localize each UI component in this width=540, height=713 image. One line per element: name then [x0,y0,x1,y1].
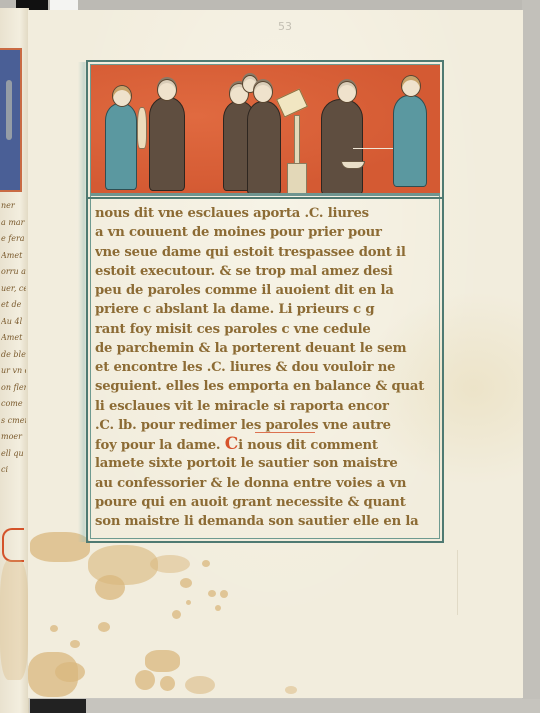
text-block: nous dit vne esclaues aporta .C. liures … [95,204,440,531]
stain [285,686,297,694]
stain [150,555,190,573]
stain [160,676,175,691]
adjacent-text-fragment: de bles [1,347,26,364]
text-line: de parchemin & la porterent deuant le se… [95,339,440,358]
adjacent-text-fragment: e fera [1,231,26,248]
text-line: lamete sixte portoit le sautier son mais… [95,454,440,473]
text-line-rubric: foy pour la dame. Ci nous dit comment [95,435,440,454]
stain [208,590,216,597]
adjacent-text-fragment: come [1,396,26,413]
adjacent-text-fragment: ur vn d [1,363,26,380]
scan-background-right [522,0,540,713]
text-line: peu de paroles comme il auoient dit en l… [95,281,440,300]
miniature-ground-line [91,193,440,196]
text-line: seguient. elles les emporta en balance &… [95,377,440,396]
scan-background-bottom-dark [30,699,86,713]
adjacent-text-fragment: a mar [1,215,26,232]
stain [220,590,228,598]
text-line: li esclaues vit le miracle si raporta en… [95,397,440,416]
stain [98,622,110,632]
adjacent-text-fragment: orru a [1,264,26,281]
bread-loaf [137,107,147,149]
lectern-base [287,163,307,193]
adjacent-text-fragment: ell qu [1,446,26,463]
adjacent-text-fragment: Au 4l [1,314,26,331]
adjacent-text-fragment: Amet [1,248,26,265]
text-line: estoit executour. & se trop mal amez des… [95,262,440,281]
stain [70,640,80,648]
text-line: poure qui en auoit grant necessite & qua… [95,493,440,512]
adjacent-rubric-initial [2,528,24,562]
stain [135,670,155,690]
text-line-rubric-rest: i nous dit comment [238,438,378,453]
adjacent-text-fragment: ner [1,198,26,215]
adjacent-text-fragment: s cmer [1,413,26,430]
rubric-initial: C [225,435,238,454]
text-line: et encontre les .C. liures & dou vouloir… [95,358,440,377]
ruling-line [457,550,458,615]
adjacent-text-column: ner a mar e fera Amet orru a uer, cel et… [1,198,26,479]
stain [95,575,125,600]
adjacent-miniature-figure [6,80,12,140]
adjacent-text-fragment: ci [1,462,26,479]
stain [185,676,215,694]
adjacent-text-fragment: uer, cel [1,281,26,298]
scan-background-bottom [86,699,540,713]
stain [145,650,180,672]
rubric-flourish [255,432,315,433]
stain [215,605,221,611]
adjacent-miniature [0,48,22,192]
adjacent-text-fragment: moer [1,429,26,446]
text-line: vne seue dame qui estoit trespassee dont… [95,243,440,262]
stain [0,560,28,680]
text-line: priere c abslant la dame. Li prieurs c g [95,300,440,319]
folio-number: 53 [278,20,292,33]
text-line: rant foy misit ces paroles c vne cedule [95,320,440,339]
stain [50,625,58,632]
stain [55,662,85,682]
stain [180,578,192,588]
adjacent-text-fragment: et de [1,297,26,314]
text-line: au confessorier & le donna entre voies a… [95,474,440,493]
stain [172,610,181,619]
miniature [91,65,440,193]
stain [186,600,191,605]
miniature-divider [88,197,442,199]
adjacent-text-fragment: Amet [1,330,26,347]
open-book [276,88,308,117]
text-line: a vn couuent de moines pour prier pour [95,223,440,242]
adjacent-text-fragment: on flem [1,380,26,397]
text-line: nous dit vne esclaues aporta .C. liures [95,204,440,223]
text-line: son maistre li demanda son sautier elle … [95,512,440,531]
text-line-start: foy pour la dame. [95,438,220,453]
lectern-post [294,115,300,167]
stain [202,560,210,567]
